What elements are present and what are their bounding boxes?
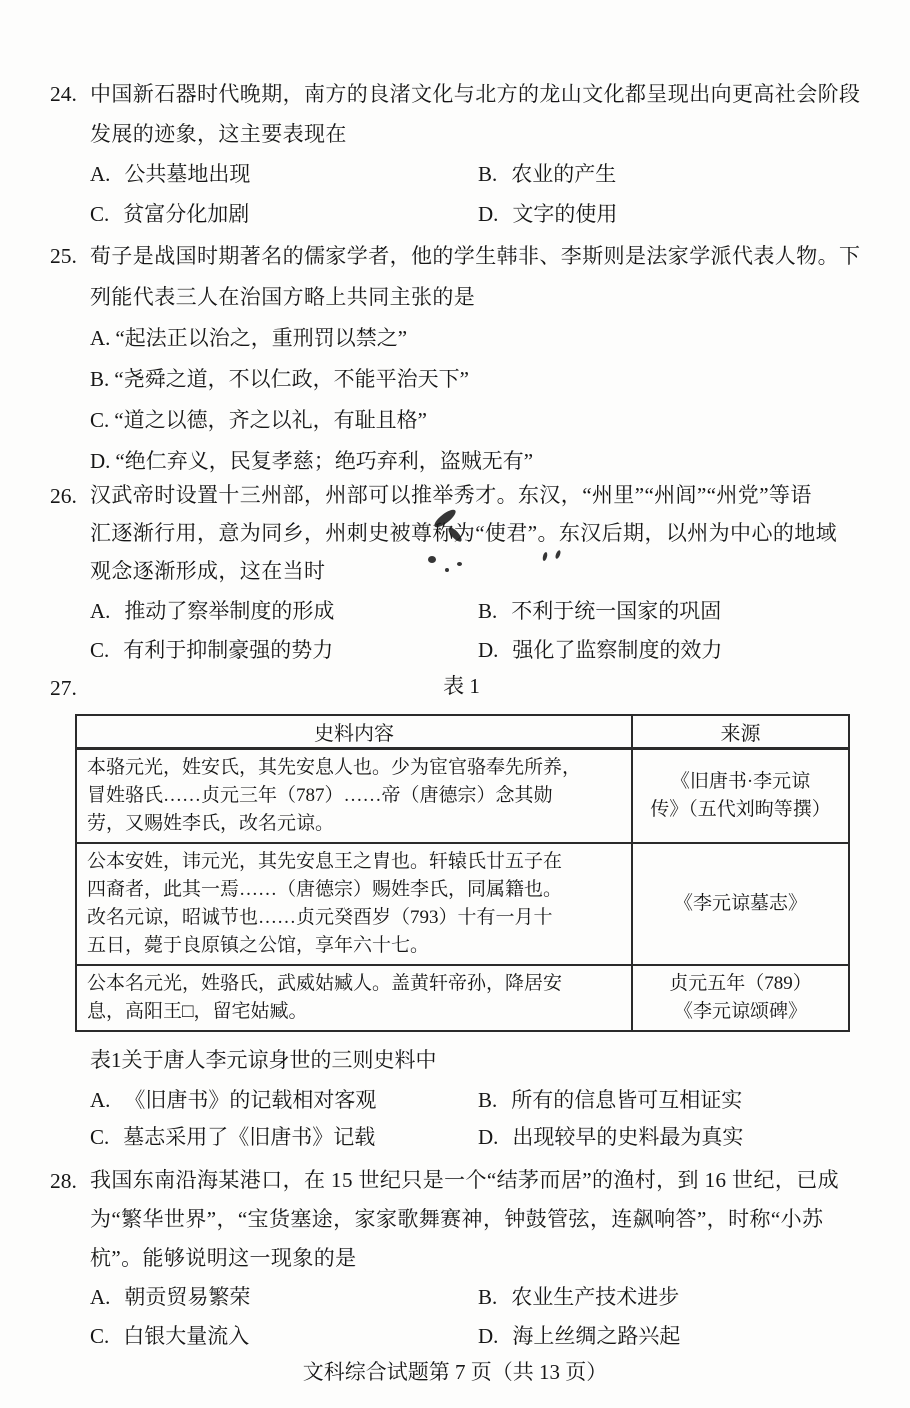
option-text: 有利于抑制豪强的势力 [123,631,333,670]
option-24-d: D.文字的使用 [478,194,617,234]
option-text: 朝贡贸易繁荣 [124,1278,250,1317]
question-26-options: A.推动了察举制度的形成 B.不利于统一国家的巩固 C.有利于抑制豪强的势力 D… [90,592,874,670]
option-label: A. [90,1082,110,1119]
option-27-d: D.出现较早的史料最为真实 [478,1119,743,1156]
option-28-a: A.朝贡贸易繁荣 [90,1278,478,1317]
option-25-c: C.“道之以德，齐之以礼，有耻且格” [90,400,874,441]
question-24: 24. 中国新石器时代晚期，南方的良渚文化与北方的龙山文化都呈现出向更高社会阶段… [50,74,874,234]
question-26-number: 26. [50,476,77,516]
option-27-c: C.墓志采用了《旧唐书》记载 [90,1119,478,1156]
option-label: D. [478,194,498,234]
table-cell-content: 本骆元光，姓安氏，其先安息人也。少为宦官骆奉先所养， 冒姓骆氏……贞元三年（78… [76,748,632,843]
question-26: 26. 汉武帝时设置十三州部，州部可以推举秀才。东汉，“州里”“州闾”“州党”等… [50,476,874,670]
table-caption: 表 1 [75,668,848,704]
option-text: 公共墓地出现 [124,154,250,194]
option-26-d: D.强化了监察制度的效力 [478,631,722,670]
option-text: 强化了监察制度的效力 [512,631,722,670]
option-text: 白银大量流入 [123,1317,249,1356]
option-label: D. [478,1317,498,1356]
table-cell-source: 《李元谅墓志》 [632,843,849,965]
option-28-c: C.白银大量流入 [90,1317,478,1356]
option-27-b: B.所有的信息皆可互相证实 [478,1082,742,1119]
option-label: C. [90,631,109,670]
table-row: 公本名元光，姓骆氏，武威姑臧人。盖黄轩帝孙，降居安 息，高阳王□，留宅姑臧。 贞… [76,965,849,1031]
option-text: “尧舜之道，不以仁政，不能平治天下” [114,359,469,400]
option-label: D. [478,631,498,670]
option-text: “道之以德，齐之以礼，有耻且格” [114,400,427,441]
option-label: B. [90,359,109,400]
option-label: A. [90,318,110,359]
question-27-number: 27. [50,668,77,708]
option-28-b: B.农业生产技术进步 [478,1278,679,1317]
table-cell-content: 公本名元光，姓骆氏，武威姑臧人。盖黄轩帝孙，降居安 息，高阳王□，留宅姑臧。 [76,965,632,1031]
option-24-b: B.农业的产生 [478,154,616,194]
option-label: D. [478,1119,498,1156]
question-25-options: A.“起法正以治之，重刑罚以禁之” B.“尧舜之道，不以仁政，不能平治天下” C… [90,318,874,482]
ink-smudge-artifact [457,562,462,566]
question-25-number: 25. [50,236,77,277]
option-label: C. [90,1119,109,1156]
option-label: A. [90,154,110,194]
table-header-row: 史料内容 来源 [76,715,849,748]
option-25-a: A.“起法正以治之，重刑罚以禁之” [90,318,874,359]
option-26-c: C.有利于抑制豪强的势力 [90,631,478,670]
option-28-d: D.海上丝绸之路兴起 [478,1317,680,1356]
option-text: 农业生产技术进步 [511,1278,679,1317]
question-25-stem: 荀子是战国时期著名的儒家学者，他的学生韩非、李斯则是法家学派代表人物。下 列能代… [90,236,874,318]
option-24-c: C.贫富分化加剧 [90,194,478,234]
table-note: 表1关于唐人李元谅身世的三则史料中 [90,1045,437,1075]
question-24-number: 24. [50,74,77,114]
option-label: C. [90,1317,109,1356]
table-header-content: 史料内容 [76,715,632,748]
exam-page: 24. 中国新石器时代晚期，南方的良渚文化与北方的龙山文化都呈现出向更高社会阶段… [0,0,910,1408]
option-label: A. [90,592,110,631]
option-27-a: A.《旧唐书》的记载相对客观 [90,1082,478,1119]
option-26-b: B.不利于统一国家的巩固 [478,592,721,631]
option-label: B. [478,592,497,631]
option-text: 墓志采用了《旧唐书》记载 [123,1119,375,1156]
option-text: 出现较早的史料最为真实 [512,1119,743,1156]
option-text: 贫富分化加剧 [123,194,249,234]
question-25: 25. 荀子是战国时期著名的儒家学者，他的学生韩非、李斯则是法家学派代表人物。下… [50,236,874,482]
table-row: 公本安姓，讳元光，其先安息王之胄也。轩辕氏廿五子在 四裔者，此其一焉……（唐德宗… [76,843,849,965]
table-row: 本骆元光，姓安氏，其先安息人也。少为宦官骆奉先所养， 冒姓骆氏……贞元三年（78… [76,748,849,843]
question-24-stem: 中国新石器时代晚期，南方的良渚文化与北方的龙山文化都呈现出向更高社会阶段 发展的… [90,74,874,154]
table-1: 史料内容 来源 本骆元光，姓安氏，其先安息人也。少为宦官骆奉先所养， 冒姓骆氏…… [75,714,850,1032]
option-label: C. [90,400,109,441]
option-26-a: A.推动了察举制度的形成 [90,592,478,631]
option-label: B. [478,1082,497,1119]
option-text: 所有的信息皆可互相证实 [511,1082,742,1119]
option-24-a: A.公共墓地出现 [90,154,478,194]
ink-smudge-artifact [445,568,449,572]
ink-smudge-artifact [428,556,436,563]
question-24-options: A.公共墓地出现 B.农业的产生 C.贫富分化加剧 D.文字的使用 [90,154,874,234]
question-28-options: A.朝贡贸易繁荣 B.农业生产技术进步 C.白银大量流入 D.海上丝绸之路兴起 [90,1278,874,1356]
question-28-stem: 我国东南沿海某港口，在 15 世纪只是一个“结茅而居”的渔村，到 16 世纪，已… [90,1161,874,1278]
option-text: 海上丝绸之路兴起 [512,1317,680,1356]
option-text: “起法正以治之，重刑罚以禁之” [115,318,407,359]
option-25-b: B.“尧舜之道，不以仁政，不能平治天下” [90,359,874,400]
question-26-stem: 汉武帝时设置十三州部，州部可以推举秀才。东汉，“州里”“州闾”“州党”等语 汇逐… [90,476,874,590]
table-cell-source: 贞元五年（789） 《李元谅颂碑》 [632,965,849,1031]
option-text: 推动了察举制度的形成 [124,592,334,631]
option-text: 《旧唐书》的记载相对客观 [124,1082,376,1119]
option-label: A. [90,1278,110,1317]
option-text: 不利于统一国家的巩固 [511,592,721,631]
option-label: B. [478,1278,497,1317]
question-28: 28. 我国东南沿海某港口，在 15 世纪只是一个“结茅而居”的渔村，到 16 … [50,1161,874,1356]
table-cell-source: 《旧唐书·李元谅 传》（五代刘昫等撰） [632,748,849,843]
option-text: 农业的产生 [511,154,616,194]
question-28-number: 28. [50,1161,77,1201]
option-label: B. [478,154,497,194]
option-label: C. [90,194,109,234]
question-27-options: A.《旧唐书》的记载相对客观 B.所有的信息皆可互相证实 C.墓志采用了《旧唐书… [90,1082,874,1156]
option-text: 文字的使用 [512,194,617,234]
table-header-source: 来源 [632,715,849,748]
page-footer: 文科综合试题第 7 页（共 13 页） [0,1356,910,1388]
table-cell-content: 公本安姓，讳元光，其先安息王之胄也。轩辕氏廿五子在 四裔者，此其一焉……（唐德宗… [76,843,632,965]
